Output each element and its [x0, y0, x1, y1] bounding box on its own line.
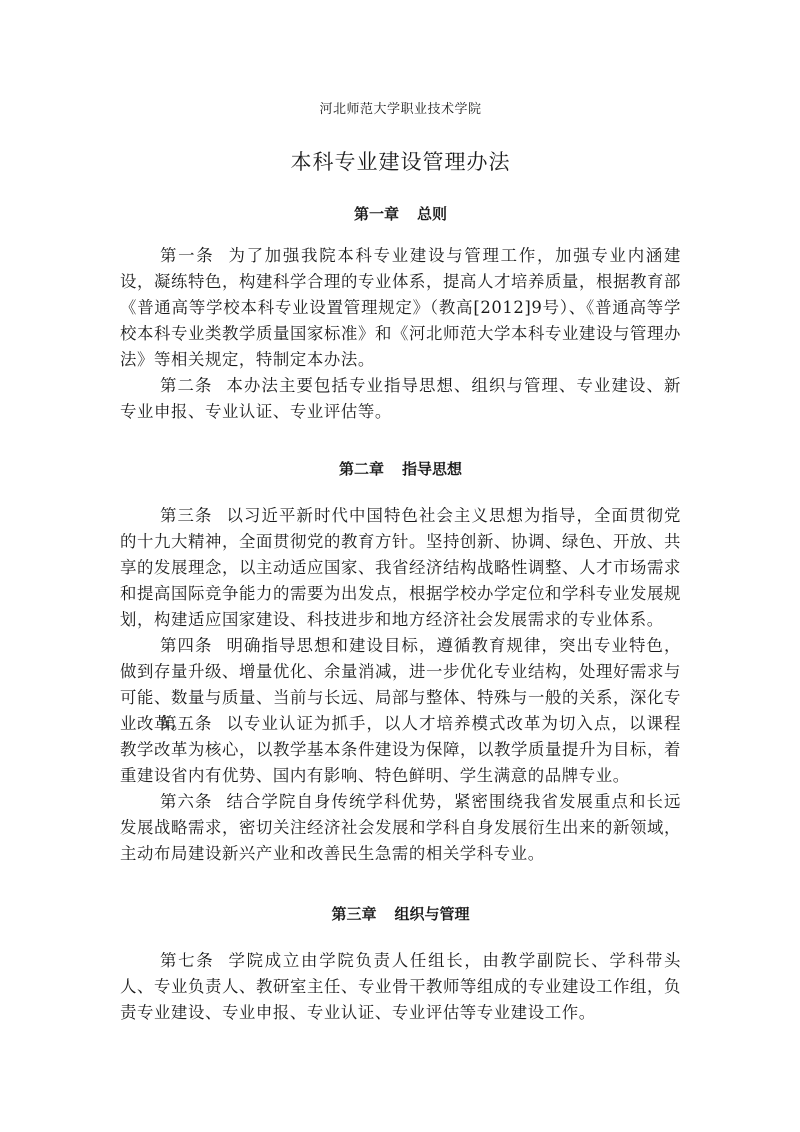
chapter-heading-1: 第一章总则: [120, 203, 681, 224]
article-3: 第三条以习近平新时代中国特色社会主义思想为指导，全面贯彻党的十九大精神，全面贯彻…: [120, 503, 681, 633]
chapter-number: 第一章: [354, 205, 399, 223]
article-6: 第六条结合学院自身传统学科优势，紧密围绕我省发展重点和长远发展战略需求，密切关注…: [120, 789, 681, 867]
organization-name: 河北师范大学职业技术学院: [120, 98, 681, 117]
article-number: 第六条: [160, 792, 213, 811]
chapter-number: 第二章: [339, 460, 384, 478]
chapter-number: 第三章: [331, 905, 376, 923]
chapter-heading-3: 第三章组织与管理: [120, 903, 681, 924]
chapter-name: 组织与管理: [395, 905, 470, 923]
article-2: 第二条本办法主要包括专业指导思想、组织与管理、专业建设、新专业申报、专业认证、专…: [120, 373, 681, 425]
article-number: 第七条: [160, 951, 214, 970]
article-number: 第三条: [160, 506, 213, 525]
article-number: 第四条: [160, 636, 213, 655]
article-number: 第二条: [160, 376, 213, 395]
article-1: 第一条为了加强我院本科专业建设与管理工作，加强专业内涵建设，凝练特色，构建科学合…: [120, 243, 681, 373]
article-7: 第七条学院成立由学院负责人任组长，由教学副院长、学科带头人、专业负责人、教研室主…: [120, 948, 681, 1026]
chapter-name: 指导思想: [402, 460, 462, 478]
chapter-heading-2: 第二章指导思想: [120, 458, 681, 479]
article-number: 第一条: [160, 246, 214, 265]
chapter-name: 总则: [417, 205, 447, 223]
document-title: 本科专业建设管理办法: [120, 146, 681, 176]
article-number: 第五条: [160, 714, 213, 733]
article-5: 第五条以专业认证为抓手，以人才培养模式改革为切入点，以课程教学改革为核心，以教学…: [120, 711, 681, 789]
